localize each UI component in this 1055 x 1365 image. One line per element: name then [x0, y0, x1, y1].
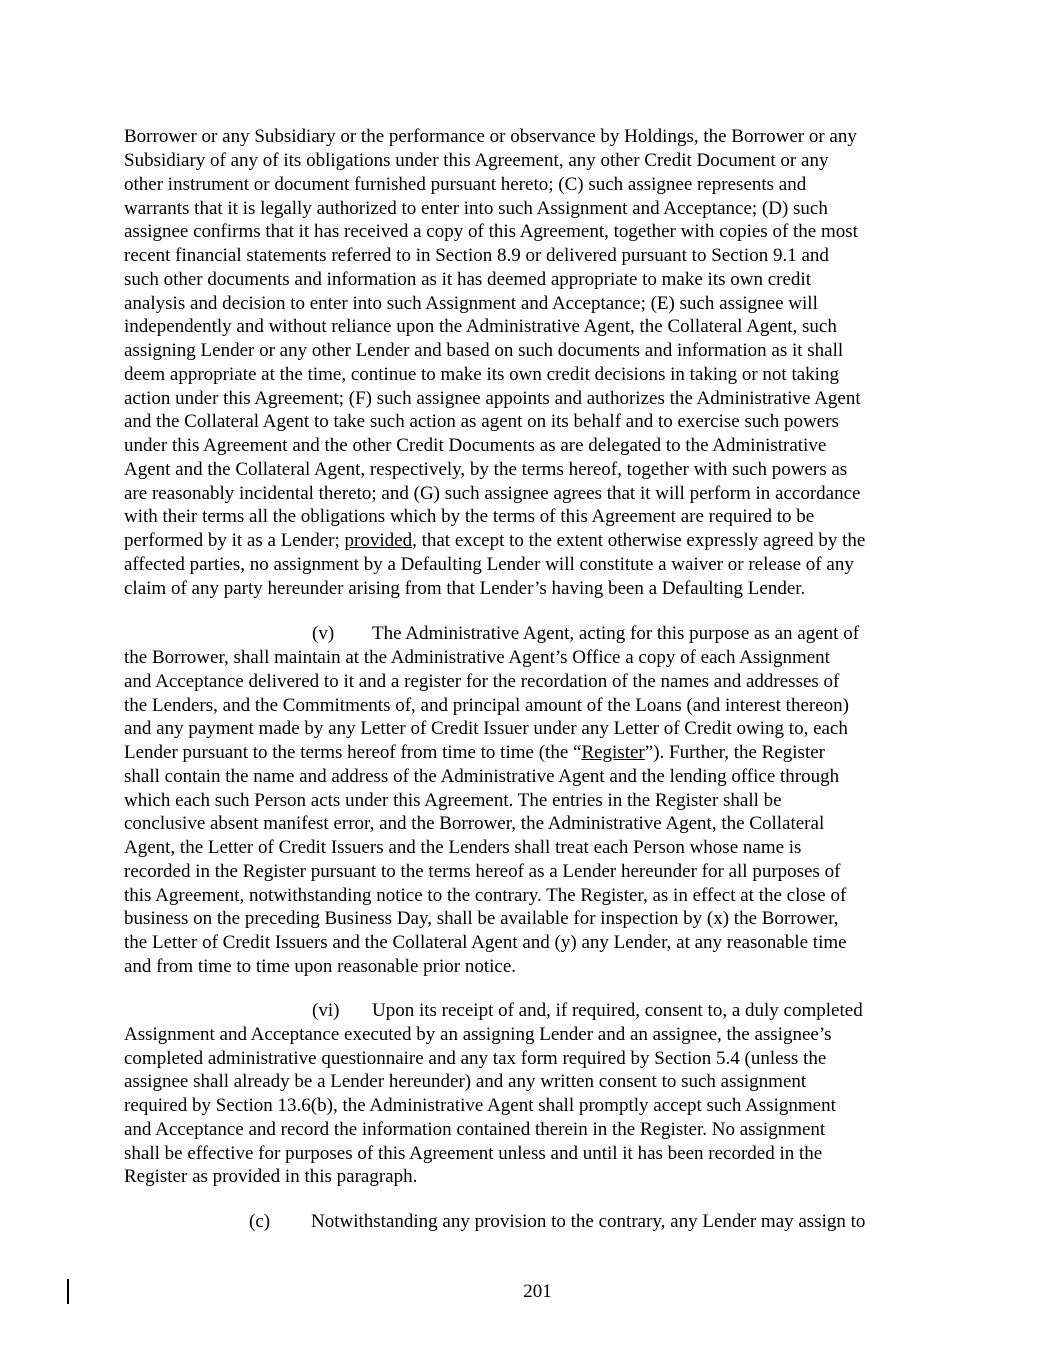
text-line: deem appropriate at the time, continue t… — [124, 363, 839, 387]
text-line: the Letter of Credit Issuers and the Col… — [124, 931, 847, 955]
text-run: performed by it as a Lender; — [124, 530, 345, 551]
clause-label: (vi) — [312, 999, 339, 1023]
text-line: required by Section 13.6(b), the Adminis… — [124, 1094, 836, 1118]
text-run: , that except to the extent otherwise ex… — [412, 530, 865, 551]
provided-defined-term: provided — [345, 530, 413, 551]
text-line: Assignment and Acceptance executed by an… — [124, 1023, 832, 1047]
text-line: Upon its receipt of and, if required, co… — [372, 999, 863, 1023]
text-line: under this Agreement and the other Credi… — [124, 434, 826, 458]
text-line: and Acceptance delivered to it and a reg… — [124, 670, 839, 694]
text-line: independently and without reliance upon … — [124, 315, 837, 339]
text-line: action under this Agreement; (F) such as… — [124, 387, 861, 411]
text-line: the Lenders, and the Commitments of, and… — [124, 694, 849, 718]
text-line: with their terms all the obligations whi… — [124, 505, 814, 529]
text-line: business on the preceding Business Day, … — [124, 907, 839, 931]
text-line: analysis and decision to enter into such… — [124, 292, 818, 316]
text-line: Register as provided in this paragraph. — [124, 1165, 417, 1189]
text-run: Lender pursuant to the terms hereof from… — [124, 742, 581, 763]
text-line: recorded in the Register pursuant to the… — [124, 860, 840, 884]
text-line: assignee confirms that it has received a… — [124, 220, 858, 244]
text-line: the Borrower, shall maintain at the Admi… — [124, 646, 830, 670]
clause-label: (v) — [312, 622, 334, 646]
text-line: this Agreement, notwithstanding notice t… — [124, 884, 846, 908]
clause-label: (c) — [249, 1210, 270, 1234]
text-line: warrants that it is legally authorized t… — [124, 197, 828, 221]
text-line: shall contain the name and address of th… — [124, 765, 839, 789]
page-number: 201 — [0, 1280, 1055, 1304]
text-line: conclusive absent manifest error, and th… — [124, 812, 824, 836]
text-line: such other documents and information as … — [124, 268, 811, 292]
register-defined-term: Register — [581, 742, 644, 763]
text-line: and the Collateral Agent to take such ac… — [124, 410, 839, 434]
text-line: and any payment made by any Letter of Cr… — [124, 717, 848, 741]
text-line: shall be effective for purposes of this … — [124, 1142, 822, 1166]
text-line: assignee shall already be a Lender hereu… — [124, 1070, 806, 1094]
text-line: and from time to time upon reasonable pr… — [124, 955, 516, 979]
text-line: Agent and the Collateral Agent, respecti… — [124, 458, 847, 482]
text-line: other instrument or document furnished p… — [124, 173, 806, 197]
text-line: assigning Lender or any other Lender and… — [124, 339, 843, 363]
text-line: completed administrative questionnaire a… — [124, 1047, 826, 1071]
text-line: and Acceptance and record the informatio… — [124, 1118, 825, 1142]
text-line: Borrower or any Subsidiary or the perfor… — [124, 125, 857, 149]
text-line: which each such Person acts under this A… — [124, 789, 782, 813]
text-line: performed by it as a Lender; provided, t… — [124, 529, 865, 553]
text-line: The Administrative Agent, acting for thi… — [372, 622, 859, 646]
text-line: Notwithstanding any provision to the con… — [311, 1210, 865, 1234]
text-line: Lender pursuant to the terms hereof from… — [124, 741, 825, 765]
text-line: are reasonably incidental thereto; and (… — [124, 482, 860, 506]
text-line: Agent, the Letter of Credit Issuers and … — [124, 836, 801, 860]
text-line: affected parties, no assignment by a Def… — [124, 553, 854, 577]
document-page: Borrower or any Subsidiary or the perfor… — [0, 0, 1055, 1365]
text-line: Subsidiary of any of its obligations und… — [124, 149, 828, 173]
text-run: ”). Further, the Register — [645, 742, 825, 763]
text-line: recent financial statements referred to … — [124, 244, 829, 268]
text-line: claim of any party hereunder arising fro… — [124, 577, 805, 601]
